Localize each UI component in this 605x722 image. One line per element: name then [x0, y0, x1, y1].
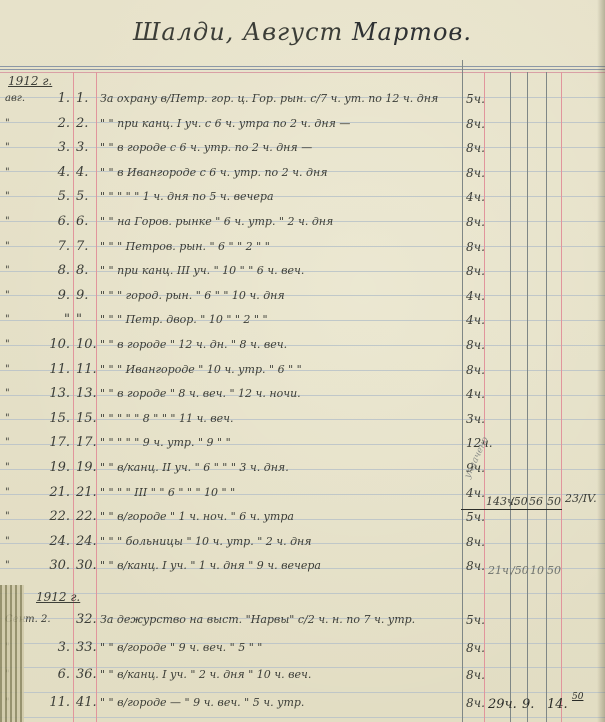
day-cell: 2. [42, 117, 70, 131]
month-cell: " [5, 313, 45, 327]
ledger-row: авг.1.1.За охрану в/Петр. гор. ц. Гор. р… [0, 92, 605, 117]
ledger-row: "4.4." " в Ивангороде с 6 ч. утр. по 2 ч… [0, 166, 605, 191]
hours-cell: 8ч. [466, 641, 484, 655]
hours-cell: 8ч. [466, 338, 484, 352]
description-cell: " " в/канц. I уч. " 2 ч. дня " 10 ч. веч… [100, 668, 458, 682]
entry-number-cell: 13. [76, 387, 96, 401]
entry-number-cell: 9. [76, 289, 96, 303]
description-cell: " " " Ивангороде " 10 ч. утр. " 6 " " [100, 363, 458, 377]
day-cell: 30. [42, 559, 70, 573]
description-cell: " " при канц. III уч. " 10 " " 6 ч. веч. [100, 264, 458, 278]
description-cell: " " в/канц. I уч. " 1 ч. дня " 9 ч. вече… [100, 559, 458, 573]
ledger-row: "3.33." " в/городе " 9 ч. веч. " 5 " "8ч… [0, 641, 605, 666]
month-cell: " [5, 338, 45, 352]
hours-cell: 8ч. [466, 696, 484, 710]
description-cell: " " " Петр. двор. " 10 " " 2 " " [100, 313, 458, 327]
year-heading-1912: 1912 г. [8, 74, 52, 88]
hours-cell: 8ч. [466, 264, 484, 278]
final-hours: 29ч. [488, 697, 517, 712]
subtotal-kopecks: 50 [547, 495, 561, 508]
entry-number-cell: 2. [76, 117, 96, 131]
description-cell: " " " Петров. рын. " 6 " " 2 " " [100, 240, 458, 254]
hours-cell: 8ч. [466, 141, 484, 155]
ledger-row: "5.5." " " " " 1 ч. дня по 5 ч. вечера4ч… [0, 190, 605, 215]
hours-cell: 5ч. [466, 92, 484, 106]
month-cell: " [5, 387, 45, 401]
month-cell: " [5, 240, 45, 254]
description-cell: За дежурство на выст. "Нарвы" с/2 ч. н. … [100, 613, 458, 627]
ledger-row: "22.22." " в/городе " 1 ч. ноч. " 6 ч. у… [0, 510, 605, 535]
entry-number-cell: 3. [76, 141, 96, 155]
entry-number-cell: 32. [76, 613, 96, 627]
day-cell: 9. [42, 289, 70, 303]
ledger-row: "24.24." " " больницы " 10 ч. утр. " 2 ч… [0, 535, 605, 560]
entry-number-cell: " [76, 313, 96, 327]
day-cell: 11. [42, 696, 70, 710]
entry-number-cell: 6. [76, 215, 96, 229]
day-cell: 21. [42, 486, 70, 500]
description-cell: " " в/городе — " 9 ч. веч. " 5 ч. утр. [100, 696, 458, 710]
header-rule-red [0, 72, 605, 73]
entry-number-cell: 10. [76, 338, 96, 352]
subtotal-rate: /50 [510, 495, 528, 508]
day-cell: 13. [42, 387, 70, 401]
ruled-line [0, 593, 605, 594]
page-binding-edge [0, 585, 24, 722]
month-cell: авг. [5, 92, 45, 106]
day-cell: 10. [42, 338, 70, 352]
month-cell: " [5, 412, 45, 426]
hours-cell: 8ч. [466, 166, 484, 180]
subtotal-date: 23/IV. [565, 492, 597, 505]
entry-number-cell: 33. [76, 641, 96, 655]
day-cell: 7. [42, 240, 70, 254]
entry-number-cell: 19. [76, 461, 96, 475]
header-rule-bottom [0, 69, 605, 70]
hours-cell: 3ч. [466, 412, 484, 426]
entry-number-cell: 22. [76, 510, 96, 524]
ledger-row: """" " " Петр. двор. " 10 " " 2 " "4ч. [0, 313, 605, 338]
entry-number-cell: 17. [76, 436, 96, 450]
description-cell: " " в городе " 12 ч. дн. " 8 ч. веч. [100, 338, 458, 352]
hours-cell: 5ч. [466, 613, 484, 627]
ledger-row: "11.11." " " Ивангороде " 10 ч. утр. " 6… [0, 363, 605, 388]
description-cell: " " в/городе " 1 ч. ноч. " 6 ч. утра [100, 510, 458, 524]
description-cell: " " " " " 9 ч. утр. " 9 " " [100, 436, 458, 450]
running-kopecks: 50 [547, 564, 561, 577]
month-cell: " [5, 535, 45, 549]
entry-number-cell: 30. [76, 559, 96, 573]
month-cell: " [5, 461, 45, 475]
hours-cell: 4ч. [466, 486, 484, 500]
ledger-page: Шалди, Август Мартов. 1912 г. авг.1.1.За… [0, 0, 605, 722]
entry-number-cell: 5. [76, 190, 96, 204]
ledger-row: "7.7." " " Петров. рын. " 6 " " 2 " "8ч. [0, 240, 605, 265]
ledger-row: "8.8." " при канц. III уч. " 10 " " 6 ч.… [0, 264, 605, 289]
month-cell: " [5, 289, 45, 303]
entry-number-cell: 21. [76, 486, 96, 500]
ledger-row: "17.17." " " " " 9 ч. утр. " 9 " "12ч. [0, 436, 605, 461]
entry-number-cell: 41. [76, 696, 96, 710]
day-cell: 15. [42, 412, 70, 426]
entry-number-cell: 11. [76, 363, 96, 377]
hours-cell: 8ч. [466, 363, 484, 377]
month-cell: " [5, 436, 45, 450]
entry-number-cell: 7. [76, 240, 96, 254]
ledger-row: "9.9." " " город. рын. " 6 " " 10 ч. дня… [0, 289, 605, 314]
description-cell: " " " город. рын. " 6 " " 10 ч. дня [100, 289, 458, 303]
entry-number-cell: 1. [76, 92, 96, 106]
hours-cell: 8ч. [466, 240, 484, 254]
ledger-row: "6.36." " в/канц. I уч. " 2 ч. дня " 10 … [0, 668, 605, 693]
final-kopecks: 50 [572, 692, 583, 702]
description-cell: " " в городе " 8 ч. веч. " 12 ч. ночи. [100, 387, 458, 401]
hours-cell: 8ч. [466, 117, 484, 131]
description-cell: " " в/городе " 9 ч. веч. " 5 " " [100, 641, 458, 655]
hours-cell: 4ч. [466, 289, 484, 303]
subtotal-amount: 56 [529, 495, 543, 508]
ledger-row: "6.6." " на Горов. рынке " 6 ч. утр. " 2… [0, 215, 605, 240]
description-cell: " " " " " 8 " " " 11 ч. веч. [100, 412, 458, 426]
entry-number-cell: 4. [76, 166, 96, 180]
day-cell: 17. [42, 436, 70, 450]
day-cell: 6. [42, 668, 70, 682]
description-cell: " " " " " 1 ч. дня по 5 ч. вечера [100, 190, 458, 204]
hours-cell: 4ч. [466, 313, 484, 327]
month-cell: " [5, 117, 45, 131]
description-cell: " " в/канц. II уч. " 6 " " " 3 ч. дня. [100, 461, 458, 475]
page-title: Шалди, Август Мартов. [0, 18, 605, 46]
description-cell: " " при канц. I уч. с 6 ч. утра по 2 ч. … [100, 117, 458, 131]
ledger-row: "2.2." " при канц. I уч. с 6 ч. утра по … [0, 117, 605, 142]
month-cell: " [5, 264, 45, 278]
month-cell: " [5, 510, 45, 524]
day-cell: 3. [42, 141, 70, 155]
day-cell: 19. [42, 461, 70, 475]
ledger-row: "15.15." " " " " 8 " " " 11 ч. веч.3ч. [0, 412, 605, 437]
day-cell: 1. [42, 92, 70, 106]
title-prefix: Шалди, Август [133, 18, 352, 46]
hours-cell: 4ч. [466, 190, 484, 204]
day-cell: 24. [42, 535, 70, 549]
hours-cell: 8ч. [466, 535, 484, 549]
running-amount: 10 [530, 564, 544, 577]
month-cell: " [5, 215, 45, 229]
ledger-row: "10.10." " в городе " 12 ч. дн. " 8 ч. в… [0, 338, 605, 363]
day-cell: 4. [42, 166, 70, 180]
ledger-row: "3.3." " в городе с 6 ч. утр. по 2 ч. дн… [0, 141, 605, 166]
running-hours: 21ч. [488, 564, 512, 577]
entry-number-cell: 24. [76, 535, 96, 549]
hours-cell: 8ч. [466, 668, 484, 682]
day-cell: 3. [42, 641, 70, 655]
entry-number-cell: 36. [76, 668, 96, 682]
month-cell: " [5, 486, 45, 500]
hours-cell: 4ч. [466, 387, 484, 401]
entry-number-cell: 15. [76, 412, 96, 426]
hours-cell: 5ч. [466, 510, 484, 524]
ledger-row: "13.13." " в городе " 8 ч. веч. " 12 ч. … [0, 387, 605, 412]
month-cell: " [5, 363, 45, 377]
page-right-edge [597, 0, 605, 722]
day-cell: " [42, 313, 70, 327]
entry-number-cell: 8. [76, 264, 96, 278]
month-cell: " [5, 166, 45, 180]
running-rate: /50 [511, 564, 529, 577]
description-cell: " " " " III " " 6 " " " 10 " " [100, 486, 458, 500]
day-cell: 5. [42, 190, 70, 204]
day-cell: 11. [42, 363, 70, 377]
day-cell: 6. [42, 215, 70, 229]
month-cell: " [5, 559, 45, 573]
description-cell: " " в городе с 6 ч. утр. по 2 ч. дня — [100, 141, 458, 155]
month-cell: " [5, 190, 45, 204]
description-cell: " " " больницы " 10 ч. утр. " 2 ч. дня [100, 535, 458, 549]
ledger-row: "19.19." " в/канц. II уч. " 6 " " " 3 ч.… [0, 461, 605, 486]
month-cell: " [5, 141, 45, 155]
title-surname: Мартов. [352, 18, 472, 46]
description-cell: За охрану в/Петр. гор. ц. Гор. рын. с/7 … [100, 92, 458, 106]
subtotal-underline [461, 509, 562, 510]
description-cell: " " в Ивангороде с 6 ч. утр. по 2 ч. дня [100, 166, 458, 180]
hours-cell: 8ч. [466, 215, 484, 229]
hours-cell: 8ч. [466, 559, 484, 573]
final-amount: 14. [547, 697, 568, 712]
ledger-row: Сент. 2.32.За дежурство на выст. "Нарвы"… [0, 613, 605, 638]
description-cell: " " на Горов. рынке " 6 ч. утр. " 2 ч. д… [100, 215, 458, 229]
year-heading-second: 1912 г. [36, 590, 80, 604]
header-rule-top [0, 66, 605, 67]
day-cell: 22. [42, 510, 70, 524]
day-cell: 8. [42, 264, 70, 278]
final-rate: 9. [522, 697, 534, 712]
